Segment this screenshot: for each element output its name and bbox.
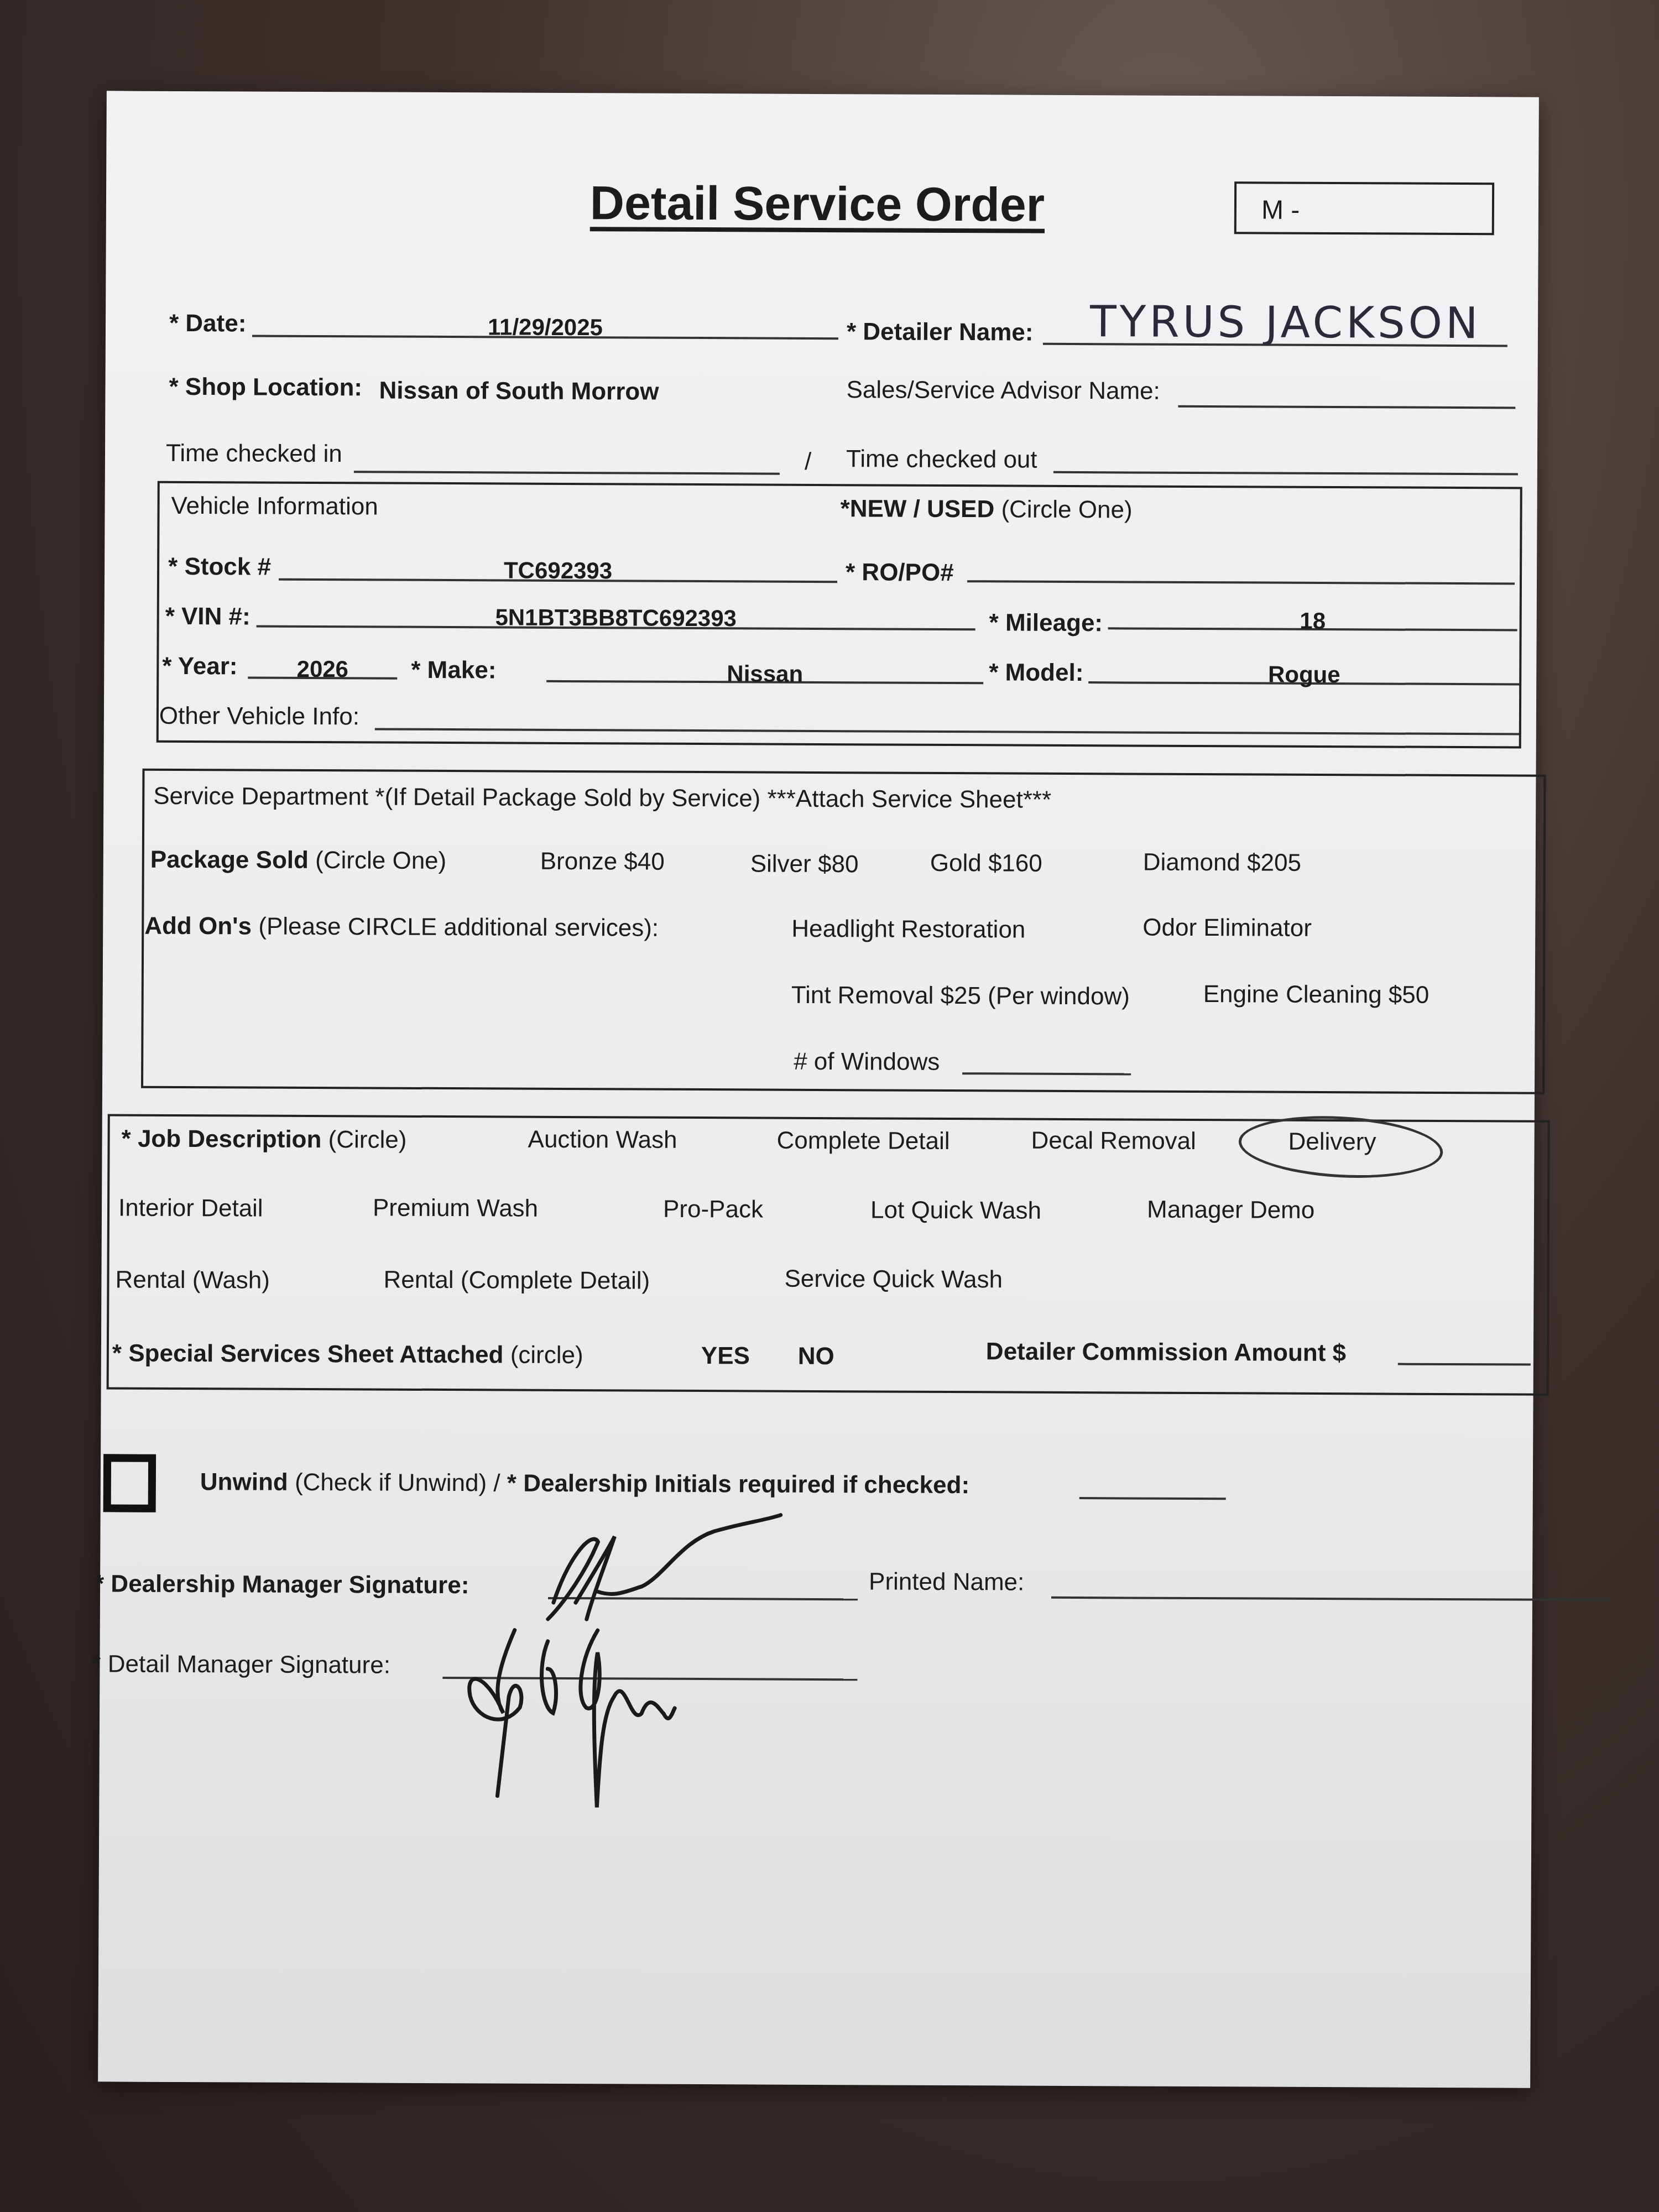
unwind-label-bold: Unwind [200, 1468, 288, 1496]
package-gold[interactable]: Gold $160 [930, 849, 1042, 878]
make-label: * Make: [411, 656, 496, 685]
unwind-hint: (Check if Unwind) / [288, 1469, 507, 1497]
dealership-manager-signature-label: * Dealership Manager Signature: [95, 1570, 469, 1599]
package-sold-hint: (Circle One) [309, 847, 447, 874]
detail-manager-signature [453, 1585, 764, 1874]
addon-headlight-restoration[interactable]: Headlight Restoration [791, 915, 1025, 944]
detailer-name-value[interactable]: TYRUS JACKSON [1090, 297, 1481, 348]
add-ons-label: Add On's (Please CIRCLE additional servi… [144, 912, 659, 942]
model-value[interactable]: Rogue [1088, 660, 1520, 688]
stock-value[interactable]: TC692393 [279, 556, 837, 585]
job-rental-wash[interactable]: Rental (Wash) [115, 1266, 270, 1294]
package-bronze[interactable]: Bronze $40 [540, 848, 665, 876]
add-ons-label-bold: Add On's [144, 912, 252, 940]
job-rental-complete-detail[interactable]: Rental (Complete Detail) [383, 1266, 650, 1295]
mileage-label: * Mileage: [989, 609, 1103, 637]
ro-po-label: * RO/PO# [846, 559, 954, 587]
job-description-hint: (Circle) [321, 1126, 406, 1154]
job-manager-demo[interactable]: Manager Demo [1147, 1196, 1314, 1224]
printed-name-line[interactable] [1051, 1597, 1610, 1601]
unwind-label: Unwind (Check if Unwind) / * Dealership … [200, 1468, 969, 1499]
special-services-hint: (circle) [503, 1342, 583, 1369]
new-used-label: *NEW / USED (Circle One) [840, 495, 1132, 524]
job-interior-detail[interactable]: Interior Detail [118, 1194, 263, 1222]
make-value[interactable]: Nissan [546, 660, 983, 688]
date-label: * Date: [169, 310, 247, 338]
job-service-quick-wash[interactable]: Service Quick Wash [784, 1265, 1003, 1294]
time-in-label: Time checked in [166, 440, 342, 468]
dealership-initials-line[interactable] [1079, 1497, 1226, 1500]
vehicle-info-heading: Vehicle Information [171, 492, 378, 521]
unwind-checkbox[interactable] [103, 1454, 156, 1512]
date-value[interactable]: 11/29/2025 [252, 313, 838, 342]
dealership-initials-label: * Dealership Initials required if checke… [507, 1470, 969, 1499]
time-separator: / [805, 448, 811, 476]
package-silver[interactable]: Silver $80 [750, 850, 859, 878]
detailer-name-label: * Detailer Name: [847, 318, 1034, 346]
special-services-no[interactable]: NO [798, 1343, 834, 1370]
model-label: * Model: [989, 659, 1083, 687]
stock-label: * Stock # [168, 553, 271, 581]
order-number-field[interactable]: M - [1234, 181, 1494, 235]
year-value[interactable]: 2026 [248, 655, 397, 682]
advisor-line[interactable] [1178, 405, 1515, 409]
job-decal-removal[interactable]: Decal Removal [1031, 1127, 1196, 1155]
special-services-yes[interactable]: YES [701, 1342, 750, 1370]
commission-label: Detailer Commission Amount $ [986, 1338, 1346, 1367]
job-pro-pack[interactable]: Pro-Pack [663, 1196, 763, 1224]
new-used-options[interactable]: *NEW / USED [840, 495, 994, 523]
new-used-hint: (Circle One) [994, 495, 1133, 523]
service-department-heading: Service Department *(If Detail Package S… [153, 782, 1051, 814]
special-services-label-bold: * Special Services Sheet Attached [112, 1339, 504, 1368]
vin-label: * VIN #: [165, 603, 251, 631]
package-sold-label: Package Sold (Circle One) [150, 846, 447, 875]
other-vehicle-info-label: Other Vehicle Info: [159, 702, 359, 731]
advisor-label: Sales/Service Advisor Name: [846, 376, 1160, 405]
time-out-line[interactable] [1053, 471, 1518, 476]
job-lot-quick-wash[interactable]: Lot Quick Wash [870, 1196, 1041, 1224]
job-complete-detail[interactable]: Complete Detail [776, 1127, 950, 1155]
addon-odor-eliminator[interactable]: Odor Eliminator [1142, 914, 1312, 942]
service-order-sheet: Detail Service Order M - * Date: 11/29/2… [98, 91, 1539, 2088]
mileage-value[interactable]: 18 [1108, 607, 1517, 635]
addon-engine-cleaning[interactable]: Engine Cleaning $50 [1203, 980, 1430, 1009]
shop-location-label: * Shop Location: [169, 373, 362, 402]
windows-label: # of Windows [794, 1048, 940, 1076]
vin-value[interactable]: 5N1BT3BB8TC692393 [257, 603, 975, 633]
addon-tint-removal[interactable]: Tint Removal $25 (Per window) [791, 982, 1130, 1011]
shop-location-value[interactable]: Nissan of South Morrow [379, 377, 659, 406]
time-out-label: Time checked out [846, 445, 1037, 474]
package-sold-label-bold: Package Sold [150, 846, 309, 874]
job-description-label-bold: * Job Description [121, 1125, 321, 1154]
job-premium-wash[interactable]: Premium Wash [373, 1194, 538, 1222]
job-auction-wash[interactable]: Auction Wash [528, 1126, 677, 1154]
year-label: * Year: [162, 653, 237, 681]
package-diamond[interactable]: Diamond $205 [1143, 849, 1301, 877]
time-in-line[interactable] [354, 471, 780, 474]
detail-manager-signature-label: * Detail Manager Signature: [91, 1650, 390, 1679]
special-services-label: * Special Services Sheet Attached (circl… [112, 1339, 583, 1369]
page-title: Detail Service Order [590, 176, 1045, 233]
job-description-label: * Job Description (Circle) [121, 1125, 406, 1154]
add-ons-hint: (Please CIRCLE additional services): [252, 913, 659, 942]
